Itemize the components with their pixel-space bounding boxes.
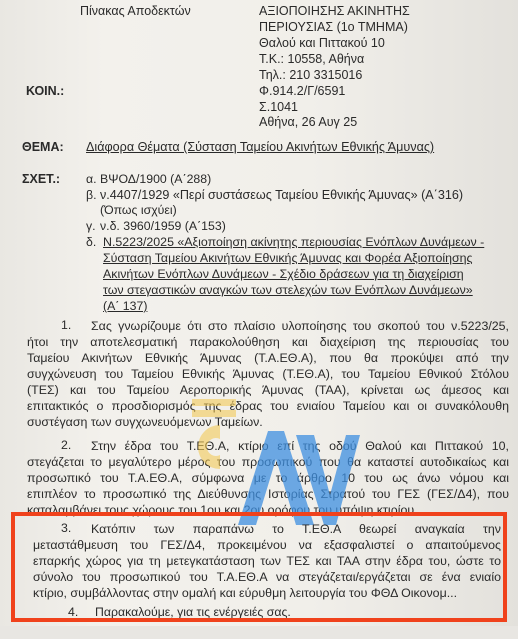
reference-marker: γ.	[86, 219, 96, 234]
reference-text: Ακινήτων Ενόπλων Δυνάμεων - Σχέδιο δράσε…	[103, 267, 464, 282]
bottom-edge	[0, 626, 518, 639]
reference-text: ν.δ. 3960/1959 (Α΄153)	[100, 219, 226, 234]
sender-line: Θαλού και Πιττακού 10	[259, 35, 385, 51]
paragraph-number: 1.	[61, 318, 71, 333]
paragraph-line: Ταμείου Ακινήτων Εθνικής Άμυνας (Τ.Α.ΕΘ.…	[27, 350, 509, 366]
sender-line: Τηλ.: 210 3315016	[259, 67, 362, 83]
paragraph-line: προσωπικό του Τ.Α.ΕΘ.Α, σύμφωνα με το άρ…	[27, 470, 509, 486]
sender-line: Τ.Κ.: 10558, Αθήνα	[259, 51, 364, 67]
reference-text: (Όπως ισχύει)	[100, 203, 177, 218]
reference-text: (Α΄ 137)	[103, 299, 147, 314]
document-page: Πίνακας Αποδεκτών ΚΟΙΝ.: ΑΞΙΟΠΟΙΗΣΗΣ ΑΚΙ…	[0, 0, 518, 639]
paragraph-line: επιτακτικός ο προσδιορισμός της έδρας το…	[27, 398, 509, 414]
reference-text: των στεγαστικών αναγκών των στελεχών των…	[103, 283, 473, 298]
paragraph-number: 2.	[61, 438, 71, 453]
sender-line: ΠΕΡΙΟΥΣΙΑΣ (1ο ΤΜΗΜΑ)	[259, 19, 408, 35]
recipients-label: Πίνακας Αποδεκτών	[80, 3, 191, 19]
reference-text: ΒΨΟΔ/1900 (Α΄288)	[100, 172, 211, 187]
paragraph-line: ήτοι την αποτελεσματική παρακολούθηση κα…	[27, 334, 509, 350]
references-label: ΣΧΕΤ.:	[22, 172, 60, 187]
paragraph-line: συγχώνευση του Ταμείου Εθνικής Άμυνας (Τ…	[27, 366, 509, 382]
reference-marker: δ.	[86, 235, 96, 250]
paragraph-line: Στην έδρα του Τ.ΕΘ.Α, κτίριο επί της οδο…	[91, 438, 509, 454]
paragraph-line: Σας γνωρίζουμε ότι στο πλαίσιο υλοποίηση…	[91, 318, 509, 334]
koin-label: ΚΟΙΝ.:	[26, 83, 64, 99]
reference-text: Ν.5223/2025 «Αξιοποίηση ακίνητης περιουσ…	[103, 235, 484, 250]
sender-line: Φ.914.2/Γ/6591	[259, 83, 345, 99]
sender-line: Σ.1041	[259, 99, 298, 115]
reference-marker: α.	[86, 172, 97, 187]
highlight-box	[11, 512, 507, 622]
reference-text: ν.4407/1929 «Περί συστάσεως Ταμείου Εθνι…	[100, 188, 463, 203]
reference-text: Σύσταση Ταμείου Ακινήτων Εθνικής Άμυνας …	[103, 251, 473, 266]
subject-text: Διάφορα Θέματα (Σύσταση Ταμείου Ακινήτων…	[86, 140, 434, 155]
paragraph-line: συστέγαση των συγχωνευόμενων Ταμείων.	[27, 414, 509, 430]
reference-marker: β.	[86, 188, 97, 203]
sender-line: Αθήνα, 26 Αυγ 25	[259, 114, 357, 130]
sender-line: ΑΞΙΟΠΟΙΗΣΗΣ ΑΚΙΝΗΤΗΣ	[259, 3, 410, 19]
paragraph-line: επιπλέον το προσωπικό της Διεύθυνσης Ιστ…	[27, 486, 509, 502]
subject-label: ΘΕΜΑ:	[22, 140, 64, 155]
paragraph-line: στεγάζεται το μεγαλύτερο μέρος του προσω…	[27, 454, 509, 470]
paragraph-line: (ΤΕΣ) και του Ταμείου Αεροπορικής Άμυνας…	[27, 382, 509, 398]
